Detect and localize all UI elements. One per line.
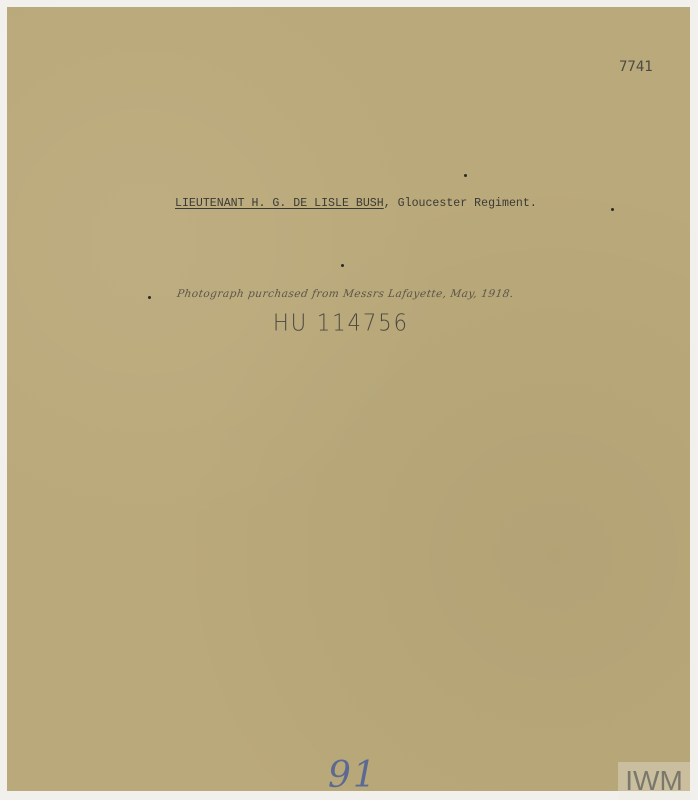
catalog-number: HU 114756 xyxy=(273,310,409,336)
subject-regiment: , Gloucester Regiment. xyxy=(384,197,537,210)
document-title: LIEUTENANT H. G. DE LISLE BUSH, Gloucest… xyxy=(175,197,537,210)
paper-speck xyxy=(341,264,344,267)
subject-name: LIEUTENANT H. G. DE LISLE BUSH xyxy=(175,197,384,210)
page-number: 91 xyxy=(328,755,378,796)
paper-speck xyxy=(611,208,614,211)
iwm-watermark: IWM xyxy=(618,762,690,800)
paper-speck xyxy=(464,174,467,177)
paper-speck xyxy=(148,296,151,299)
reference-number: 7741 xyxy=(619,59,653,75)
document-sheet: 7741 LIEUTENANT H. G. DE LISLE BUSH, Glo… xyxy=(7,7,690,791)
handwritten-note: Photograph purchased from Messrs Lafayet… xyxy=(176,288,514,300)
